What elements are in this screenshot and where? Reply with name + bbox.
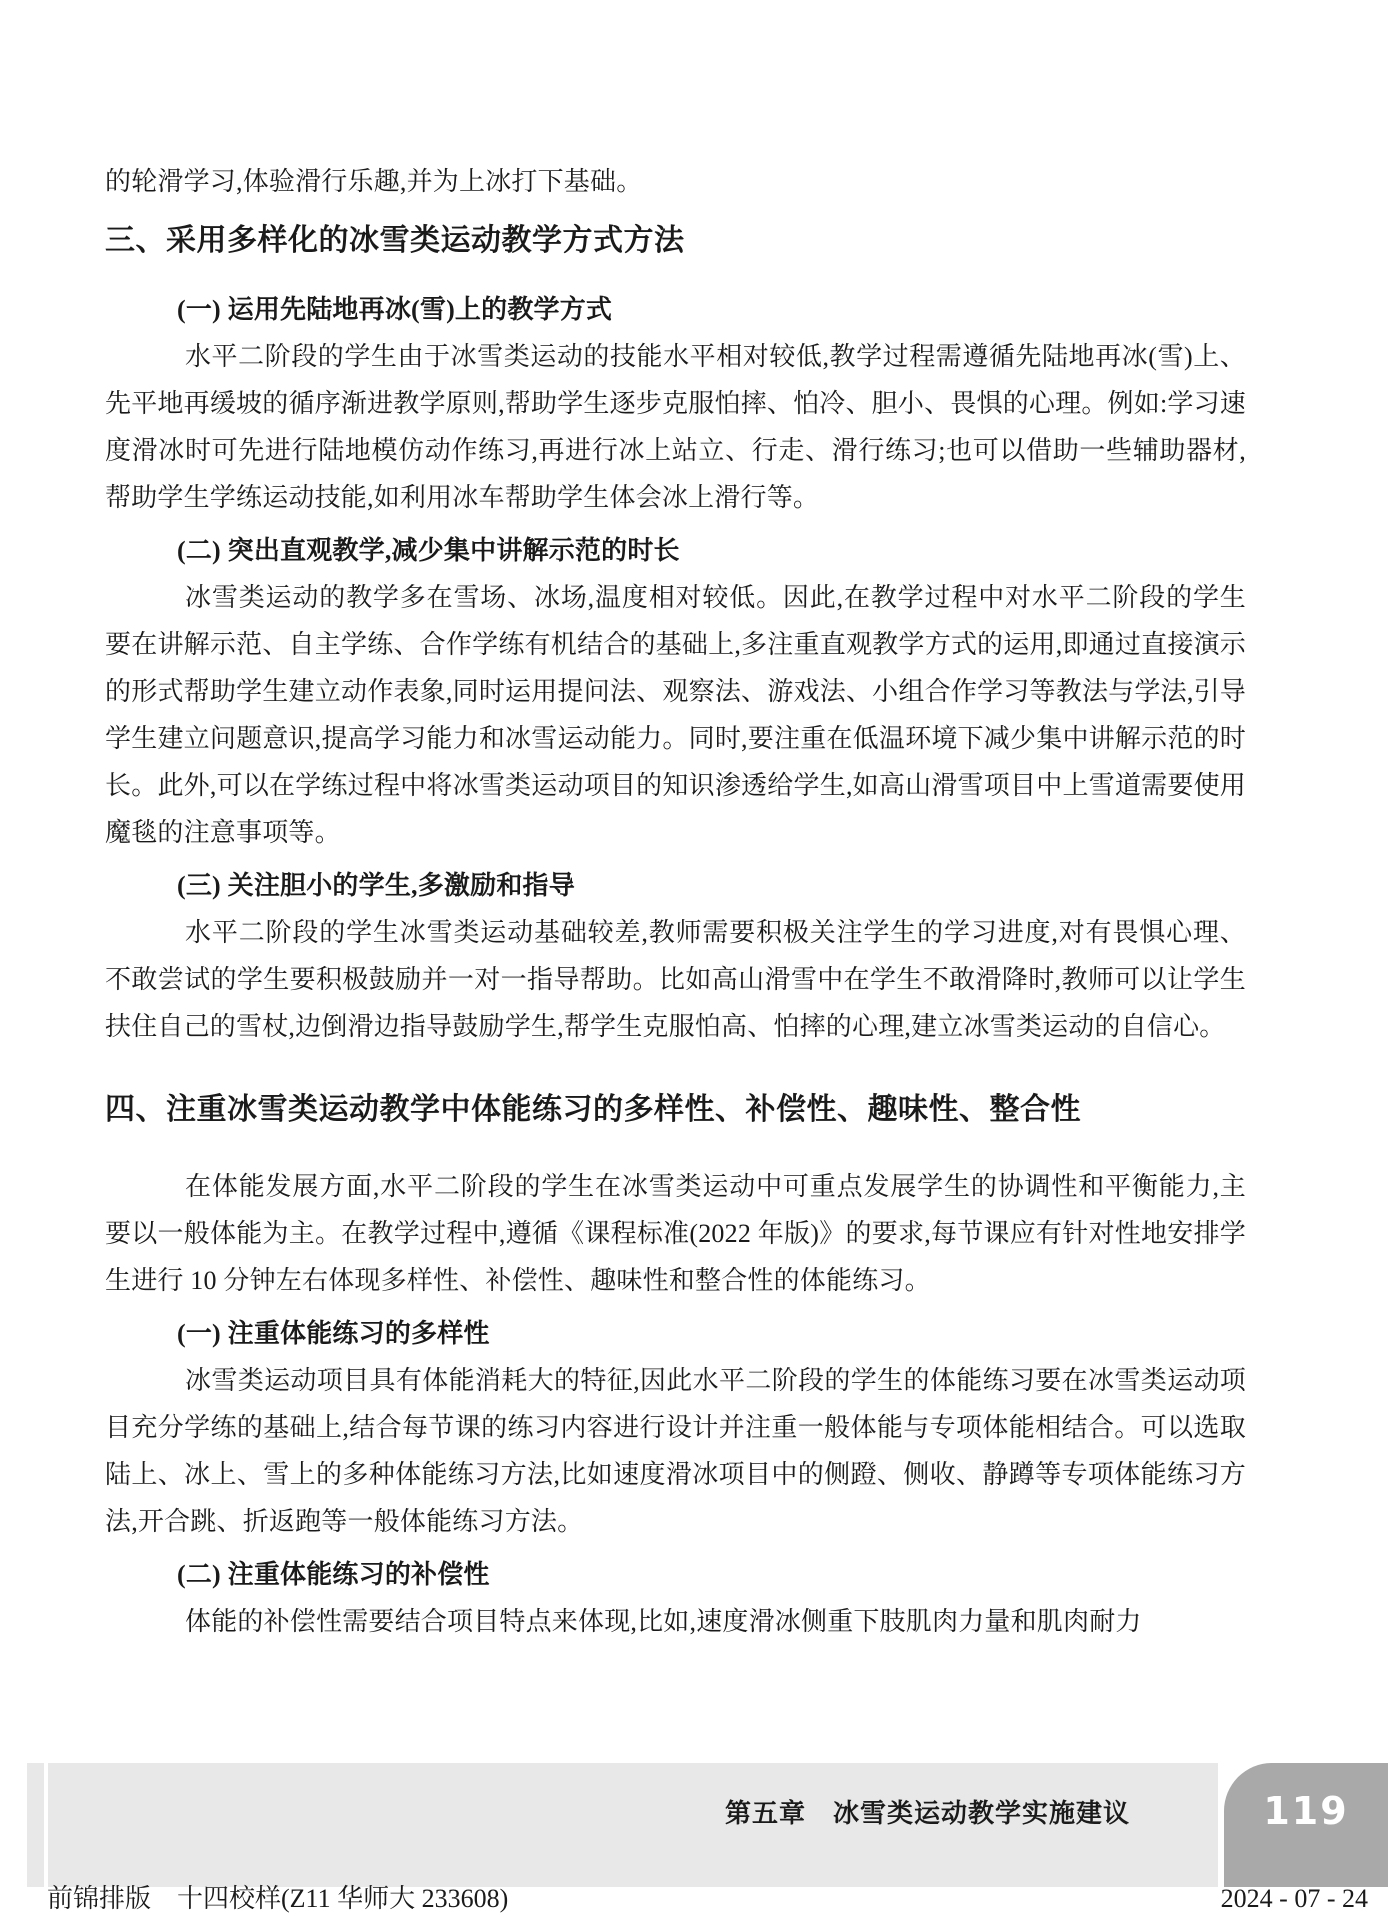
paragraph-continuation: 的轮滑学习,体验滑行乐趣,并为上冰打下基础。 <box>105 158 1246 205</box>
proof-line: 前锦排版 十四校样(Z11 华师大 233608) 2024 - 07 - 24 <box>47 1884 1368 1914</box>
subsection-heading-3-2: (二) 突出直观教学,减少集中讲解示范的时长 <box>105 527 1246 574</box>
subsection-heading-3-3: (三) 关注胆小的学生,多激励和指导 <box>105 862 1246 909</box>
subsection-heading-3-1: (一) 运用先陆地再冰(雪)上的教学方式 <box>105 286 1246 333</box>
page-number: 119 <box>1263 1789 1348 1833</box>
paragraph-3-1: 水平二阶段的学生由于冰雪类运动的技能水平相对较低,教学过程需遵循先陆地再冰(雪)… <box>105 333 1246 521</box>
subsection-heading-4-2: (二) 注重体能练习的补偿性 <box>105 1551 1246 1598</box>
section-heading-4: 四、注重冰雪类运动教学中体能练习的多样性、补偿性、趣味性、整合性 <box>105 1086 1246 1133</box>
page-body: 的轮滑学习,体验滑行乐趣,并为上冰打下基础。 三、采用多样化的冰雪类运动教学方式… <box>105 158 1246 1645</box>
paragraph-4-2: 体能的补偿性需要结合项目特点来体现,比如,速度滑冰侧重下肢肌肉力量和肌肉耐力 <box>105 1598 1246 1645</box>
paragraph-4-intro: 在体能发展方面,水平二阶段的学生在冰雪类运动中可重点发展学生的协调性和平衡能力,… <box>105 1163 1246 1304</box>
paragraph-3-2: 冰雪类运动的教学多在雪场、冰场,温度相对较低。因此,在教学过程中对水平二阶段的学… <box>105 574 1246 856</box>
footer-edge-notch <box>27 1763 44 1887</box>
section-heading-3: 三、采用多样化的冰雪类运动教学方式方法 <box>105 217 1246 264</box>
proof-info: 前锦排版 十四校样(Z11 华师大 233608) <box>47 1884 508 1914</box>
footer-chapter-title: 第五章 冰雪类运动教学实施建议 <box>725 1793 1130 1830</box>
document-page: 的轮滑学习,体验滑行乐趣,并为上冰打下基础。 三、采用多样化的冰雪类运动教学方式… <box>0 0 1388 1917</box>
page-number-box: 119 <box>1224 1763 1388 1887</box>
proof-date: 2024 - 07 - 24 <box>1221 1884 1368 1914</box>
subsection-heading-4-1: (一) 注重体能练习的多样性 <box>105 1310 1246 1357</box>
footer-band: 第五章 冰雪类运动教学实施建议 <box>48 1763 1218 1887</box>
paragraph-3-3: 水平二阶段的学生冰雪类运动基础较差,教师需要积极关注学生的学习进度,对有畏惧心理… <box>105 909 1246 1050</box>
paragraph-4-1: 冰雪类运动项目具有体能消耗大的特征,因此水平二阶段的学生的体能练习要在冰雪类运动… <box>105 1357 1246 1545</box>
